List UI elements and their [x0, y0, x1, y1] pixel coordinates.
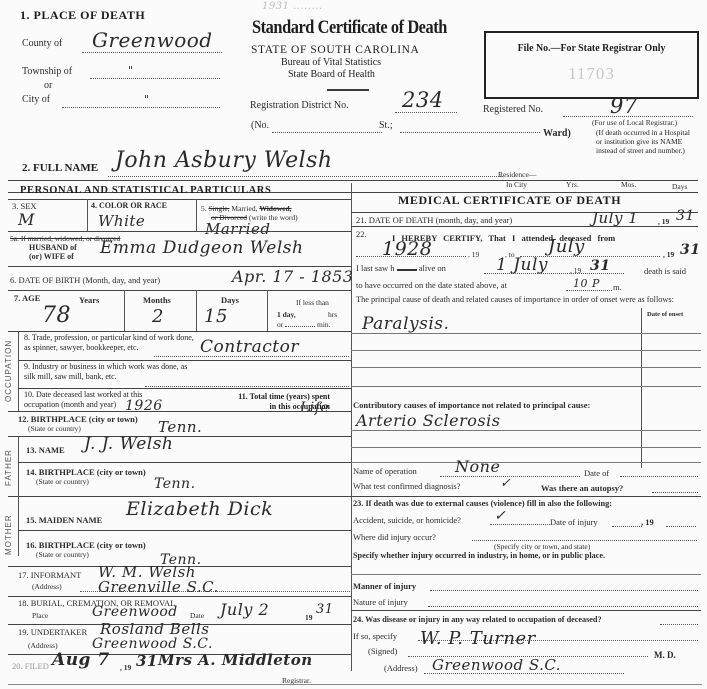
informant-address-label: (Address)	[32, 582, 62, 591]
occupation-related-label: 24. Was disease or injury in any way rel…	[353, 615, 602, 624]
principal-cause-label: The principal cause of death and related…	[356, 295, 701, 304]
less-than-label: If less than	[296, 298, 329, 307]
accident-value: ✓	[494, 508, 506, 524]
physician-address-value: Greenwood S.C.	[432, 656, 561, 674]
physician-signature: W. P. Turner	[420, 628, 536, 649]
bureau-name: Bureau of Vital Statistics	[281, 57, 381, 68]
date-of-death-year-prefix: , 19	[658, 217, 669, 226]
age-months-value: 2	[152, 306, 164, 327]
last-saw-value: 1 July	[496, 255, 548, 275]
autopsy-label: Was there an autopsy?	[541, 483, 623, 493]
registered-no-value: 97	[610, 94, 638, 118]
undertaker-address-value: Greenwood S.C.	[92, 636, 213, 652]
residence-mos-label: Mos.	[621, 180, 636, 189]
county-value: Greenwood	[92, 28, 213, 52]
injury-year-prefix: , 19	[641, 517, 654, 527]
age-days-value: 15	[204, 306, 228, 327]
occurred-label: to have occurred on the date stated abov…	[356, 280, 507, 290]
residence-days-label: Days	[672, 182, 687, 191]
last-saw-text: I last saw h	[356, 263, 394, 273]
date-of-death-value: July 1	[592, 209, 638, 227]
filed-year-value: 31	[136, 652, 158, 670]
burial-year-prefix: 19	[305, 613, 313, 622]
burial-year-value: 31	[316, 602, 334, 617]
burial-place-value: Greenwood	[92, 604, 178, 620]
or-text: or	[277, 320, 283, 329]
mother-name-value: Elizabeth Dick	[126, 498, 273, 520]
birthplace-label: 12. BIRTHPLACE (city or town)	[18, 414, 138, 424]
alive-on-text: alive on	[419, 263, 446, 273]
industry-label: 9. Industry or business in which work wa…	[24, 362, 194, 381]
age-months-label: Months	[143, 295, 171, 305]
mother-birthplace-label: 16. BIRTHPLACE (city or town)	[26, 540, 146, 550]
last-saw-year-prefix: , 19	[570, 266, 581, 275]
marital-married: Married,	[231, 204, 257, 213]
certificate-title: Standard Certificate of Death	[252, 17, 447, 39]
external-causes-label: 23. If death was due to external causes …	[353, 499, 612, 508]
signed-label: (Signed)	[368, 646, 397, 656]
specify-whether-label: Specify whether injury occurred in indus…	[353, 551, 605, 560]
full-name-value: John Asbury Welsh	[115, 148, 333, 173]
date-of-onset-label: Date of onset	[647, 311, 683, 318]
undertaker-label: 19. UNDERTAKER	[18, 627, 87, 637]
contributory-label: Contributory causes of importance not re…	[353, 400, 590, 410]
nature-injury-label: Nature of injury	[353, 597, 408, 607]
file-number-value: 11703	[486, 64, 697, 84]
age-years-value: 78	[42, 303, 71, 328]
father-name-value: J. J. Welsh	[84, 434, 173, 454]
min-text: min.	[317, 320, 331, 329]
operation-label: Name of operation	[353, 466, 417, 476]
manner-injury-label: Manner of injury	[353, 581, 416, 591]
mother-birthplace-state-label: (State or country)	[36, 550, 89, 559]
residence-yrs-label: Yrs.	[566, 180, 579, 189]
sex-value: M	[18, 210, 35, 229]
test-confirmed-value: ✓	[500, 476, 511, 491]
attended-to-year-value: 31	[680, 242, 700, 258]
spouse-label-3: (or) WIFE of	[29, 252, 74, 261]
burial-date-value: July 2	[220, 600, 269, 619]
operation-date-label: Date of	[584, 468, 609, 478]
ward-label: Ward)	[543, 128, 571, 139]
city-value: "	[144, 93, 150, 106]
registration-district-value: 234	[402, 88, 444, 112]
race-label: 4. COLOR OR RACE	[91, 201, 167, 210]
occurred-time-value: 10 P	[573, 277, 600, 290]
personal-heading: PERSONAL AND STATISTICAL PARTICULARS	[20, 185, 271, 196]
marital-value: Married	[205, 220, 270, 238]
attended-to-value: July	[548, 236, 585, 257]
marital-single: Single,	[209, 204, 230, 213]
last-saw-year-value: 31	[590, 258, 610, 274]
where-injury-label: Where did injury occur?	[353, 532, 436, 542]
hrs-label: hrs	[328, 310, 337, 319]
burial-date-label: Date	[190, 611, 204, 620]
operation-value: None	[455, 457, 500, 476]
md-label: M. D.	[654, 650, 676, 660]
informant-label: 17. INFORMANT	[18, 570, 81, 580]
registrar-signature: Mrs A. Middleton	[158, 651, 313, 669]
filed-value: Aug 7	[52, 650, 110, 670]
street-no-label: (No.	[251, 120, 269, 131]
residence-label: Residence—	[498, 170, 536, 179]
township-label: Township of	[22, 66, 72, 77]
medical-heading: MEDICAL CERTIFICATE OF DEATH	[398, 193, 621, 208]
spouse-label-2: HUSBAND of	[29, 243, 77, 252]
physician-address-label: (Address)	[384, 663, 418, 673]
filed-year-prefix: , 19	[120, 663, 131, 672]
father-birthplace-label: 14. BIRTHPLACE (city or town)	[26, 467, 146, 477]
attended-from-value: 1928	[382, 238, 432, 260]
father-birthplace-value: Tenn.	[154, 476, 196, 492]
marital-status-options: 5. Single, Married, Widowed,	[201, 204, 292, 213]
one-day-label: 1 day,	[277, 310, 296, 319]
file-number-label: File No.—For State Registrar Only	[497, 42, 687, 54]
or-label: or	[44, 80, 52, 91]
registered-no-label: Registered No.	[483, 104, 543, 115]
filed-label: 20. FILED	[12, 661, 49, 671]
specify-place-note: (Specify city or town, and state)	[494, 542, 590, 551]
date-of-death-label: 21. DATE OF DEATH (month, day, and year)	[356, 215, 512, 225]
full-name-label: 2. FULL NAME	[22, 162, 98, 174]
father-birthplace-state-label: (State or country)	[36, 477, 89, 486]
last-saw-label: I last saw h alive on	[356, 263, 446, 273]
occupation-side-label: OCCUPATION	[4, 340, 13, 402]
township-value: "	[128, 64, 134, 77]
registration-district-label: Registration District No.	[250, 100, 349, 111]
marital-widowed: Widowed,	[259, 204, 291, 213]
death-said-label: death is said	[644, 266, 686, 276]
burial-place-label: Place	[32, 611, 48, 620]
father-side-label: FATHER	[4, 449, 13, 486]
informant-address-value: Greenville S.C.	[98, 578, 219, 596]
father-name-label: 13. NAME	[26, 445, 65, 455]
board-name: State Board of Health	[288, 69, 375, 80]
mother-side-label: MOTHER	[4, 514, 13, 555]
birthplace-state-label: (State or country)	[28, 424, 81, 433]
top-scribble: 1931 ........	[262, 1, 323, 12]
undertaker-address-label: (Address)	[28, 641, 58, 650]
accident-label: Accident, suicide, or homicide?	[353, 515, 461, 525]
in-city-label: In City	[506, 180, 527, 189]
age-years-label: Years	[79, 295, 99, 305]
place-of-death-heading: 1. PLACE OF DEATH	[20, 8, 145, 23]
mother-name-label: 15. MAIDEN NAME	[26, 515, 102, 525]
if-so-label: If so, specify	[353, 631, 397, 641]
hospital-note: (If death occurred in a Hospital or inst…	[596, 128, 696, 155]
race-value: White	[98, 212, 145, 230]
attended-to-year-prefix: , 19	[663, 250, 674, 259]
principal-cause-value: Paralysis.	[362, 314, 449, 334]
local-registrar-note: (For use of Local Registrar.)	[592, 118, 677, 127]
attended-from-year-prefix: , 19	[468, 250, 479, 259]
m-label: m.	[613, 282, 622, 292]
certify-num: 22.	[356, 229, 367, 239]
date-of-death-year-value: 31	[676, 208, 695, 224]
spouse-value: Emma Dudgeon Welsh	[100, 238, 303, 258]
dob-value: Apr. 17 - 1853	[232, 267, 354, 286]
file-number-box: File No.—For State Registrar Only 11703	[484, 31, 699, 99]
city-label: City of	[22, 94, 50, 105]
contributory-value: Arterio Sclerosis	[356, 411, 500, 430]
total-time-value: Life	[300, 400, 329, 416]
street-label: St.;	[379, 120, 393, 131]
age-days-label: Days	[221, 295, 239, 305]
or-min-label: or min.	[277, 320, 331, 329]
trade-label: 8. Trade, profession, or particular kind…	[24, 333, 194, 352]
age-label: 7. AGE	[14, 293, 40, 303]
test-confirmed-label: What test confirmed diagnosis?	[353, 481, 460, 491]
state-name: STATE OF SOUTH CAROLINA	[251, 44, 419, 56]
trade-value: Contractor	[200, 337, 299, 357]
county-label: County of	[22, 38, 62, 49]
dob-label: 6. DATE OF BIRTH (Month, day, and year)	[10, 275, 160, 285]
injury-date-label: Date of injury	[550, 517, 598, 527]
marital-num: 5.	[201, 204, 207, 213]
